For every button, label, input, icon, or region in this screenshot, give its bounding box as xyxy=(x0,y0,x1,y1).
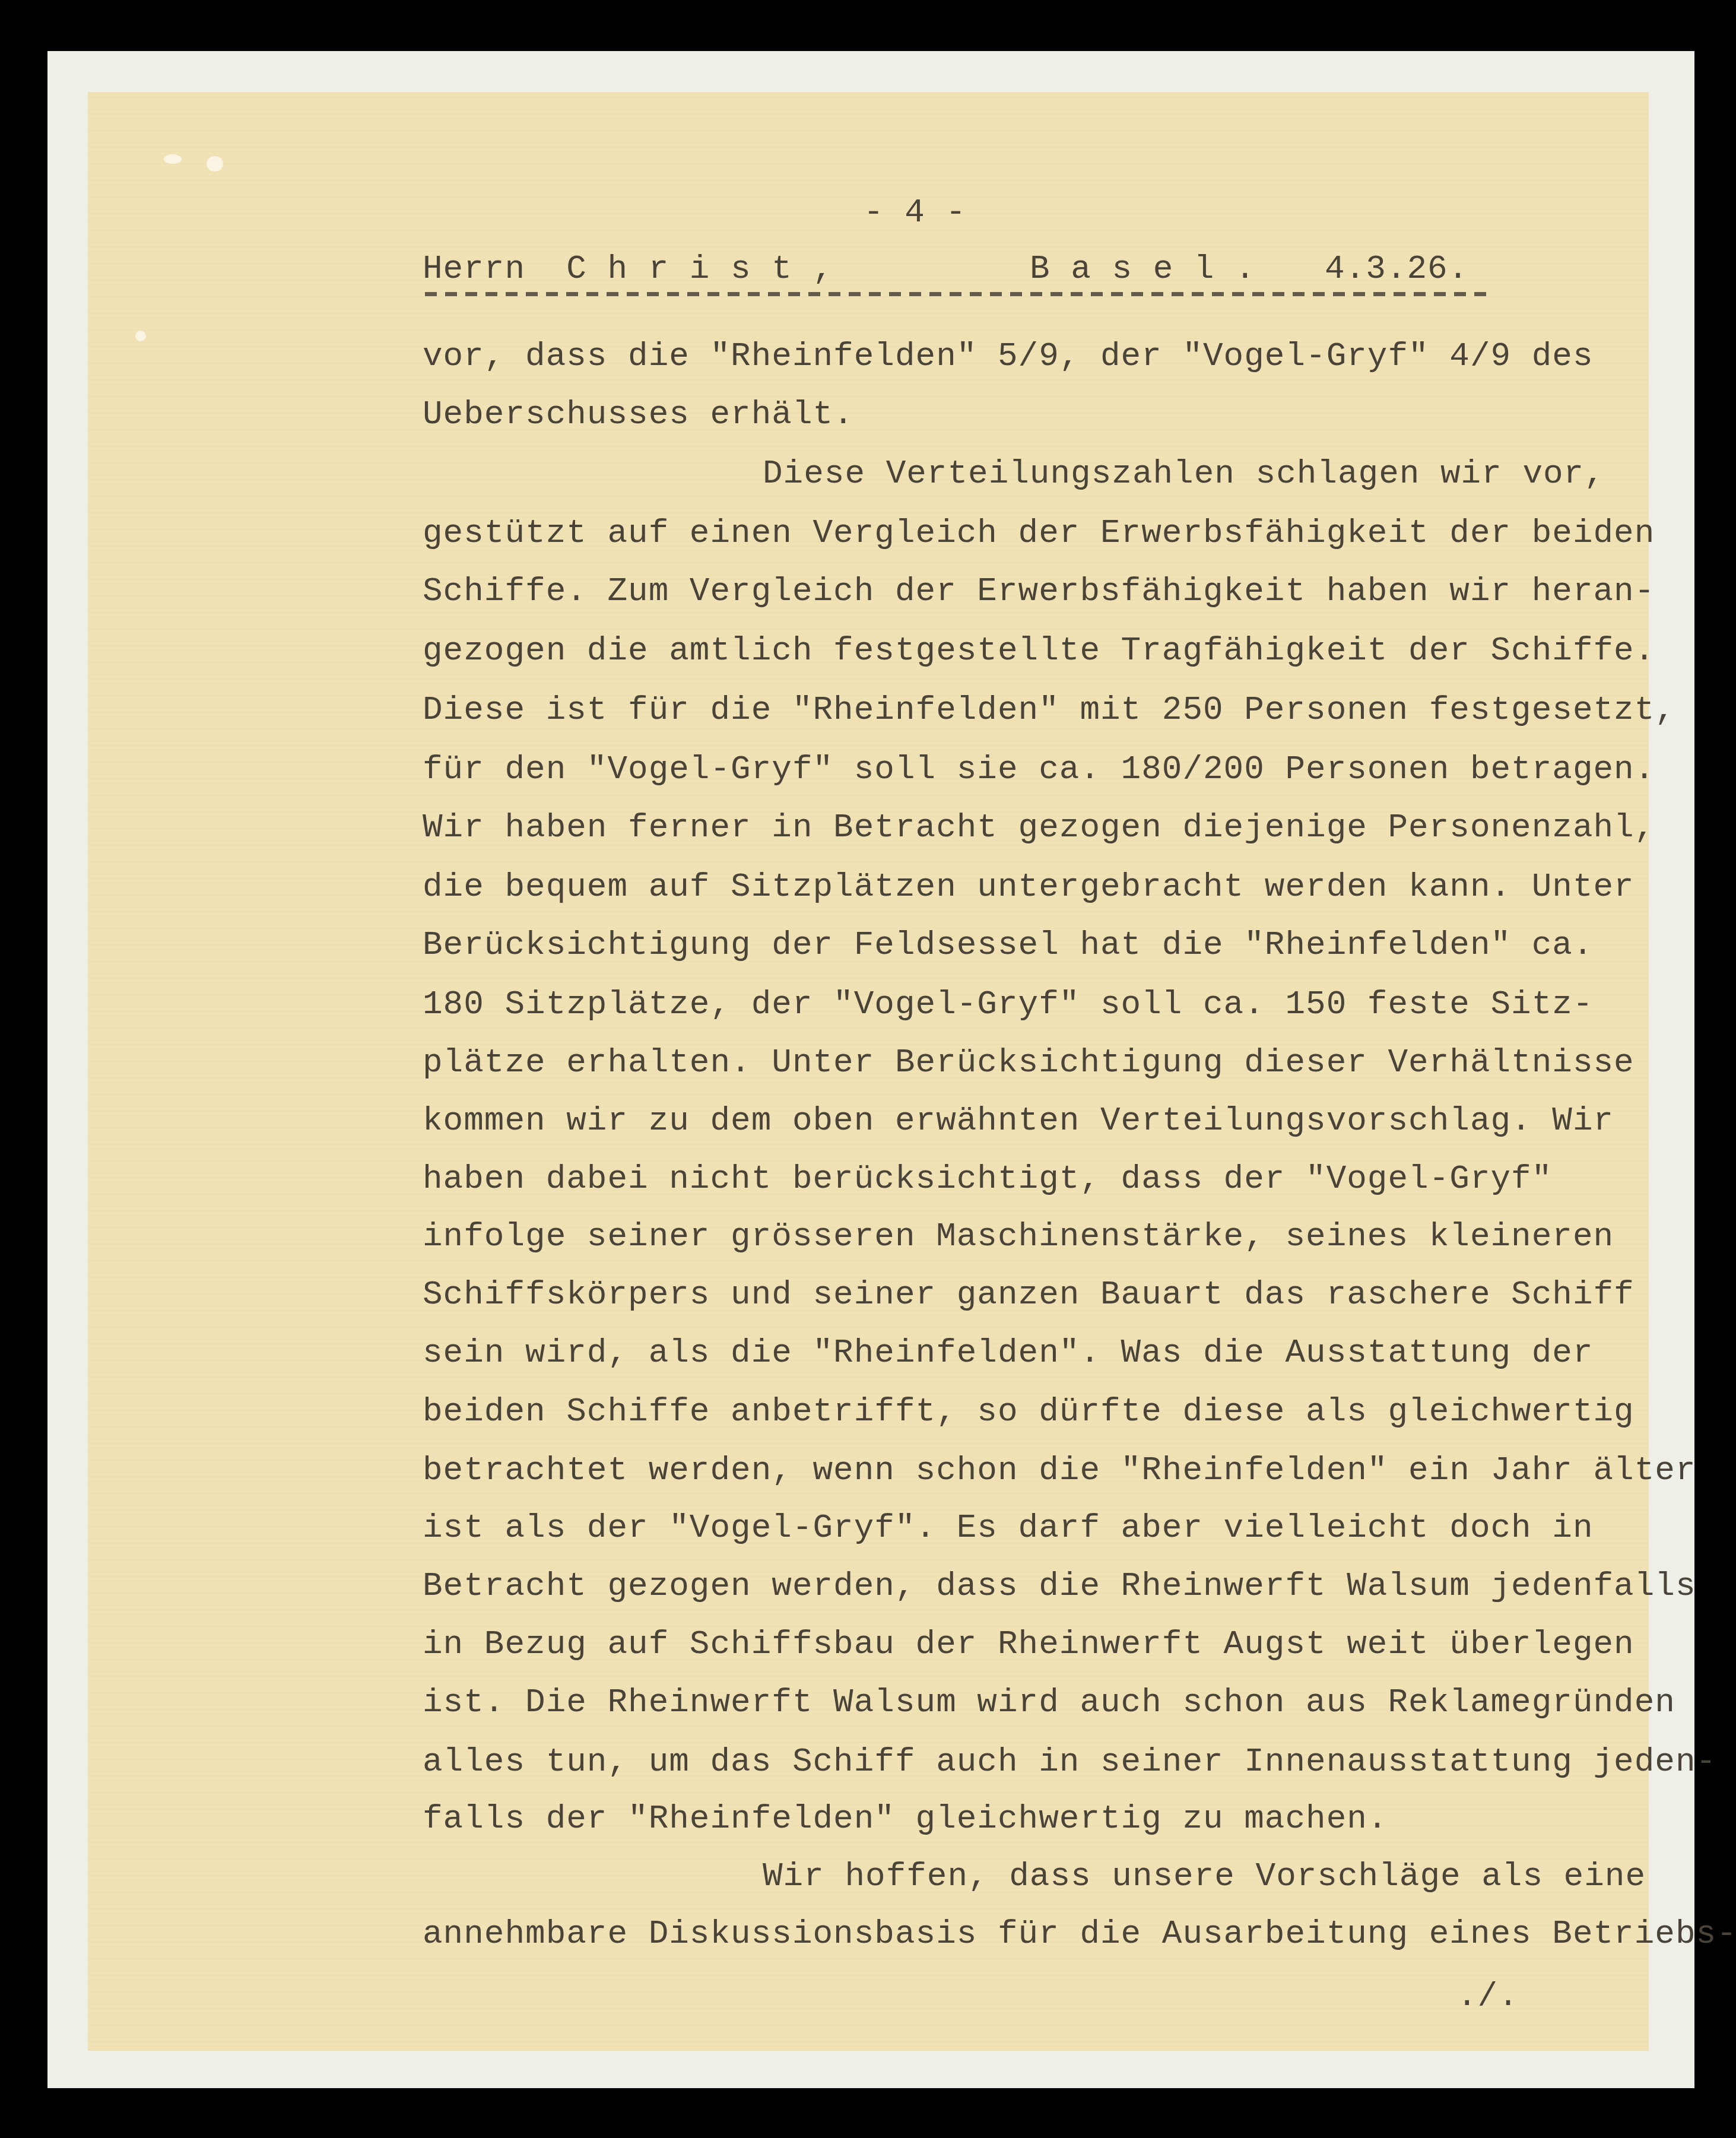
body-line: gestützt auf einen Vergleich der Erwerbs… xyxy=(423,516,1655,550)
body-line: kommen wir zu dem oben erwähnten Verteil… xyxy=(423,1104,1614,1137)
body-line: haben dabei nicht berücksichtigt, dass d… xyxy=(423,1162,1552,1195)
continuation-mark: ./. xyxy=(1457,1980,1519,2013)
body-line: Berücksichtigung der Feldsessel hat die … xyxy=(423,928,1594,962)
body-line: Schiffskörpers und seiner ganzen Bauart … xyxy=(423,1278,1635,1311)
body-line: alles tun, um das Schiff auch in seiner … xyxy=(423,1745,1716,1778)
body-line: Betracht gezogen werden, dass die Rheinw… xyxy=(423,1569,1696,1603)
body-line: infolge seiner grösseren Maschinenstärke… xyxy=(423,1220,1614,1253)
body-line: vor, dass die "Rheinfelden" 5/9, der "Vo… xyxy=(423,340,1594,373)
body-line: Diese Verteilungszahlen schlagen wir vor… xyxy=(763,457,1605,490)
body-line: plätze erhalten. Unter Berücksichtigung … xyxy=(423,1046,1635,1079)
body-line: Ueberschusses erhält. xyxy=(423,398,854,431)
body-line: Wir hoffen, dass unsere Vorschläge als e… xyxy=(763,1860,1646,1893)
body-line: annehmbare Diskussionsbasis für die Ausa… xyxy=(423,1917,1736,1950)
body-line: Schiffe. Zum Vergleich der Erwerbsfähigk… xyxy=(423,575,1655,608)
body-line: die bequem auf Sitzplätzen untergebracht… xyxy=(423,870,1635,903)
header-dashed-rule xyxy=(425,292,1493,296)
paper-blemish xyxy=(207,156,223,172)
body-line: in Bezug auf Schiffsbau der Rheinwerft A… xyxy=(423,1628,1635,1661)
paper-blemish xyxy=(164,154,182,164)
body-line: falls der "Rheinfelden" gleichwertig zu … xyxy=(423,1802,1388,1835)
body-line: ist. Die Rheinwerft Walsum wird auch sch… xyxy=(423,1686,1675,1719)
paper-blemish xyxy=(135,331,146,341)
header-city: B a s e l . xyxy=(1030,252,1256,286)
body-line: Wir haben ferner in Betracht gezogen die… xyxy=(423,811,1655,844)
body-line: ist als der "Vogel-Gryf". Es darf aber v… xyxy=(423,1511,1594,1544)
body-line: für den "Vogel-Gryf" soll sie ca. 180/20… xyxy=(423,753,1655,786)
body-line: gezogen die amtlich festgestellte Tragfä… xyxy=(423,634,1655,667)
page-number: - 4 - xyxy=(864,196,966,229)
body-line: 180 Sitzplätze, der "Vogel-Gryf" soll ca… xyxy=(423,988,1594,1021)
body-line: Diese ist für die "Rheinfelden" mit 250 … xyxy=(423,693,1675,727)
body-line: sein wird, als die "Rheinfelden". Was di… xyxy=(423,1336,1594,1369)
header-date: 4.3.26. xyxy=(1325,252,1468,286)
body-line: betrachtet werden, wenn schon die "Rhein… xyxy=(423,1454,1696,1487)
header-recipient: Herrn C h r i s t , xyxy=(423,252,833,286)
body-line: beiden Schiffe anbetrifft, so dürfte die… xyxy=(423,1395,1635,1428)
